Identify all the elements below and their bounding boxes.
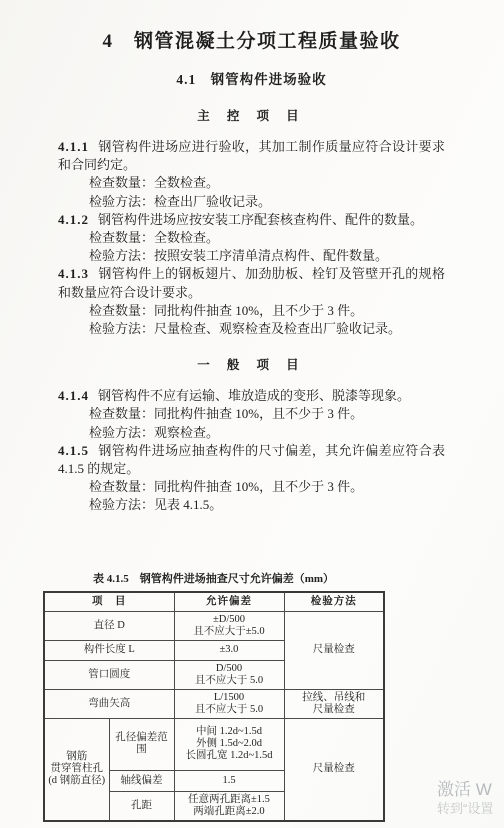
check-quantity-line: 检查数量：全数检查。 bbox=[58, 174, 445, 192]
windows-activation-watermark: 激活 W 转到“设置 bbox=[437, 780, 493, 817]
tolerance-cell: L/1500且不应大于 5.0 bbox=[174, 689, 284, 718]
col-header-method: 检验方法 bbox=[284, 592, 384, 611]
clause-4-1-2: 4.1.2钢管构件进场应按安装工序配套核查构件、配件的数量。 bbox=[58, 211, 445, 229]
tolerance-cell: ±3.0 bbox=[174, 640, 284, 660]
activation-watermark-line2: 转到“设置 bbox=[437, 801, 493, 817]
check-method-line: 检验方法：观察检查。 bbox=[58, 424, 445, 442]
activation-watermark-line1: 激活 W bbox=[437, 780, 493, 799]
check-quantity-line: 检查数量：同批构件抽查 10%，且不少于 3 件。 bbox=[58, 478, 445, 496]
item-cell: 管口圆度 bbox=[44, 660, 174, 689]
clause-text: 钢管构件进场应进行验收，其加工制作质量应符合设计要求和合同约定。 bbox=[58, 139, 445, 172]
clause-text: 钢管构件进场应抽查构件的尺寸偏差，其允许偏差应符合表 4.1.5 的规定。 bbox=[58, 443, 445, 476]
clause-4-1-4: 4.1.4钢管构件不应有运输、堆放造成的变形、脱漆等现象。 bbox=[58, 387, 445, 405]
tolerance-table-block: 表 4.1.5 钢管构件进场抽查尺寸允许偏差（mm） 项 目 允许偏差 检验方法… bbox=[43, 572, 384, 822]
check-method-line: 检验方法：检查出厂验收记录。 bbox=[58, 193, 445, 211]
check-quantity-line: 检查数量：全数检查。 bbox=[58, 229, 445, 247]
page-body: 4 钢管混凝土分项工程质量验收 4.1 钢管构件进场验收 主 控 项 目 4.1… bbox=[58, 30, 445, 515]
item-cell: 直径 D bbox=[44, 611, 174, 640]
clause-number: 4.1.3 bbox=[58, 266, 89, 281]
tolerance-cell: 1.5 bbox=[174, 770, 284, 791]
main-items-heading: 主 控 项 目 bbox=[58, 108, 445, 125]
tolerance-table: 项 目 允许偏差 检验方法 直径 D ±D/500且不应大于±5.0 尺量检查 … bbox=[43, 591, 385, 822]
general-items-heading: 一 般 项 目 bbox=[58, 357, 445, 374]
sub-item-cell: 孔距 bbox=[109, 791, 174, 821]
clause-number: 4.1.2 bbox=[58, 212, 89, 227]
tolerance-cell: 中间 1.2d~1.5d外侧 1.5d~2.0d长圆孔宽 1.2d~1.5d bbox=[174, 718, 284, 770]
tolerance-cell: ±D/500且不应大于±5.0 bbox=[174, 611, 284, 640]
group-label-cell: 钢筋贯穿管柱孔(d 钢筋直径) bbox=[44, 718, 109, 821]
check-method-line: 检验方法：尺量检查、观察检查及检查出厂验收记录。 bbox=[58, 320, 445, 338]
scanned-document-page: 4 钢管混凝土分项工程质量验收 4.1 钢管构件进场验收 主 控 项 目 4.1… bbox=[0, 0, 504, 828]
clause-text: 钢管构件不应有运输、堆放造成的变形、脱漆等现象。 bbox=[98, 388, 410, 403]
check-quantity-line: 检查数量：同批构件抽查 10%，且不少于 3 件。 bbox=[58, 405, 445, 423]
clause-4-1-3: 4.1.3钢管构件上的钢板翅片、加劲肋板、栓钉及管壁开孔的规格和数量应符合设计要… bbox=[58, 265, 445, 301]
check-method-line: 检验方法：见表 4.1.5。 bbox=[58, 496, 445, 514]
method-cell: 尺量检查 bbox=[284, 611, 384, 689]
clause-4-1-1: 4.1.1钢管构件进场应进行验收，其加工制作质量应符合设计要求和合同约定。 bbox=[58, 138, 445, 174]
col-header-tolerance: 允许偏差 bbox=[174, 592, 284, 611]
method-cell: 拉线、吊线和尺量检查 bbox=[284, 689, 384, 718]
sub-item-cell: 孔径偏差范围 bbox=[109, 718, 174, 770]
clause-number: 4.1.1 bbox=[58, 139, 89, 154]
item-cell: 弯曲矢高 bbox=[44, 689, 174, 718]
col-header-item: 项 目 bbox=[44, 592, 174, 611]
table-caption: 表 4.1.5 钢管构件进场抽查尺寸允许偏差（mm） bbox=[43, 572, 384, 586]
check-quantity-line: 检查数量：同批构件抽查 10%，且不少于 3 件。 bbox=[58, 302, 445, 320]
item-cell: 构件长度 L bbox=[44, 640, 174, 660]
chapter-title: 4 钢管混凝土分项工程质量验收 bbox=[58, 30, 445, 54]
clause-text: 钢管构件上的钢板翅片、加劲肋板、栓钉及管壁开孔的规格和数量应符合设计要求。 bbox=[58, 266, 445, 299]
clause-number: 4.1.5 bbox=[58, 443, 89, 458]
section-title: 4.1 钢管构件进场验收 bbox=[58, 71, 445, 89]
sub-item-cell: 轴线偏差 bbox=[109, 770, 174, 791]
tolerance-cell: D/500且不应大于 5.0 bbox=[174, 660, 284, 689]
tolerance-cell: 任意两孔距离±1.5两端孔距离±2.0 bbox=[174, 791, 284, 821]
clause-number: 4.1.4 bbox=[58, 388, 89, 403]
clause-text: 钢管构件进场应按安装工序配套核查构件、配件的数量。 bbox=[98, 212, 423, 227]
method-cell: 尺量检查 bbox=[284, 718, 384, 821]
check-method-line: 检验方法：按照安装工序清单清点构件、配件数量。 bbox=[58, 247, 445, 265]
clause-4-1-5: 4.1.5钢管构件进场应抽查构件的尺寸偏差，其允许偏差应符合表 4.1.5 的规… bbox=[58, 442, 445, 478]
